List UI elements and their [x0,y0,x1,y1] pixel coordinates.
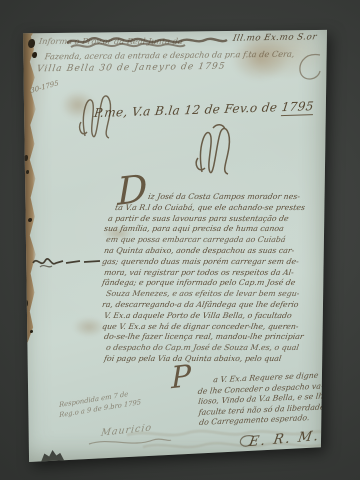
margin-ink-squiggle [30,253,102,273]
body-line: o despacho do Cap.m José de Souza M.es, … [105,343,335,354]
ink-spot [32,52,37,58]
dateline: P.me, V.a B.la 12 de Fev.o de 1795 [93,99,314,120]
stain [73,317,105,337]
body-line: ta V.a R.l do Cuiabá, que ele achando-se… [114,203,335,214]
dateline-place-date: P.me, V.a B.la 12 de Fev.o de [93,100,282,120]
dateline-year: 1795 [281,99,315,116]
manuscript-page: Informa o Prov.or da Real Junta da Ill.m… [23,29,327,462]
swash-flourish-icon [295,51,325,85]
archival-note-line2: Fazenda, acerca da entrada e despacho da… [44,49,295,62]
body-line: iz José da Costa Campos morador nes- [147,192,335,203]
petition-closing: a V. Ex.a Requere se digne de lhe Conced… [197,370,339,429]
petition-body: iz José da Costa Campos morador nes- ta … [102,192,334,365]
body-line: foi pago pela Via da Quinta abaixo, pelo… [103,354,335,365]
body-line: a partir de suas lavouras para sustentaç… [107,214,335,225]
body-line: gas; querendo duas mais porém carregar s… [101,257,335,268]
registry-signature: Mauricio [100,422,152,439]
center-paraph-flourish-icon [193,122,241,178]
body-line: mora, vai registrar por todos os respeit… [103,268,335,279]
archival-note-line3: Villa Bella 30 de Janeyro de 1795 [36,62,226,75]
body-line: fândega; e porque informado pelo Cap.m J… [101,278,335,289]
manuscript-page-wrap: Informa o Prov.or da Real Junta da Ill.m… [23,29,327,462]
archival-note-line1: Informa o Prov.or da Real Junta da [38,36,183,46]
ink-spot [28,39,35,48]
body-line: sua família, para aqui precisa de huma c… [103,224,335,235]
registry-note: Respondida em 7 de Reg.o a 9 de 9.bro 17… [59,388,141,420]
body-line: em que possa embarcar carregada ao Cuiab… [105,235,335,246]
body-line: Souza Menezes, e aos efeitos de levar be… [105,289,335,300]
body-line: que V. Ex.a se há de dignar conceder-lhe… [101,322,335,333]
ink-spot [30,330,33,333]
photograph-background: Informa o Prov.or da Real Junta da Ill.m… [0,0,360,480]
body-line: V. Ex.a daquele Porto de Villa Bella, o … [103,311,335,322]
body-line: do-se-lhe fazer licença real, mandou-lhe… [103,332,335,343]
body-line: ra, descarregando-a da Alfândega que lhe… [101,300,335,311]
bottom-edge-notch [41,449,65,462]
body-line: na Quinta abaixo, aonde despachou as sua… [103,246,335,257]
closing-drop-cap: P [171,362,192,395]
addressee-label: Ill.mo Ex.mo S.or [232,32,318,43]
stain [61,91,95,119]
torn-left-edge [21,27,37,343]
valediction-erm: E. R. M. [248,428,322,451]
pencil-folio-number: 30-1795 [30,79,59,95]
